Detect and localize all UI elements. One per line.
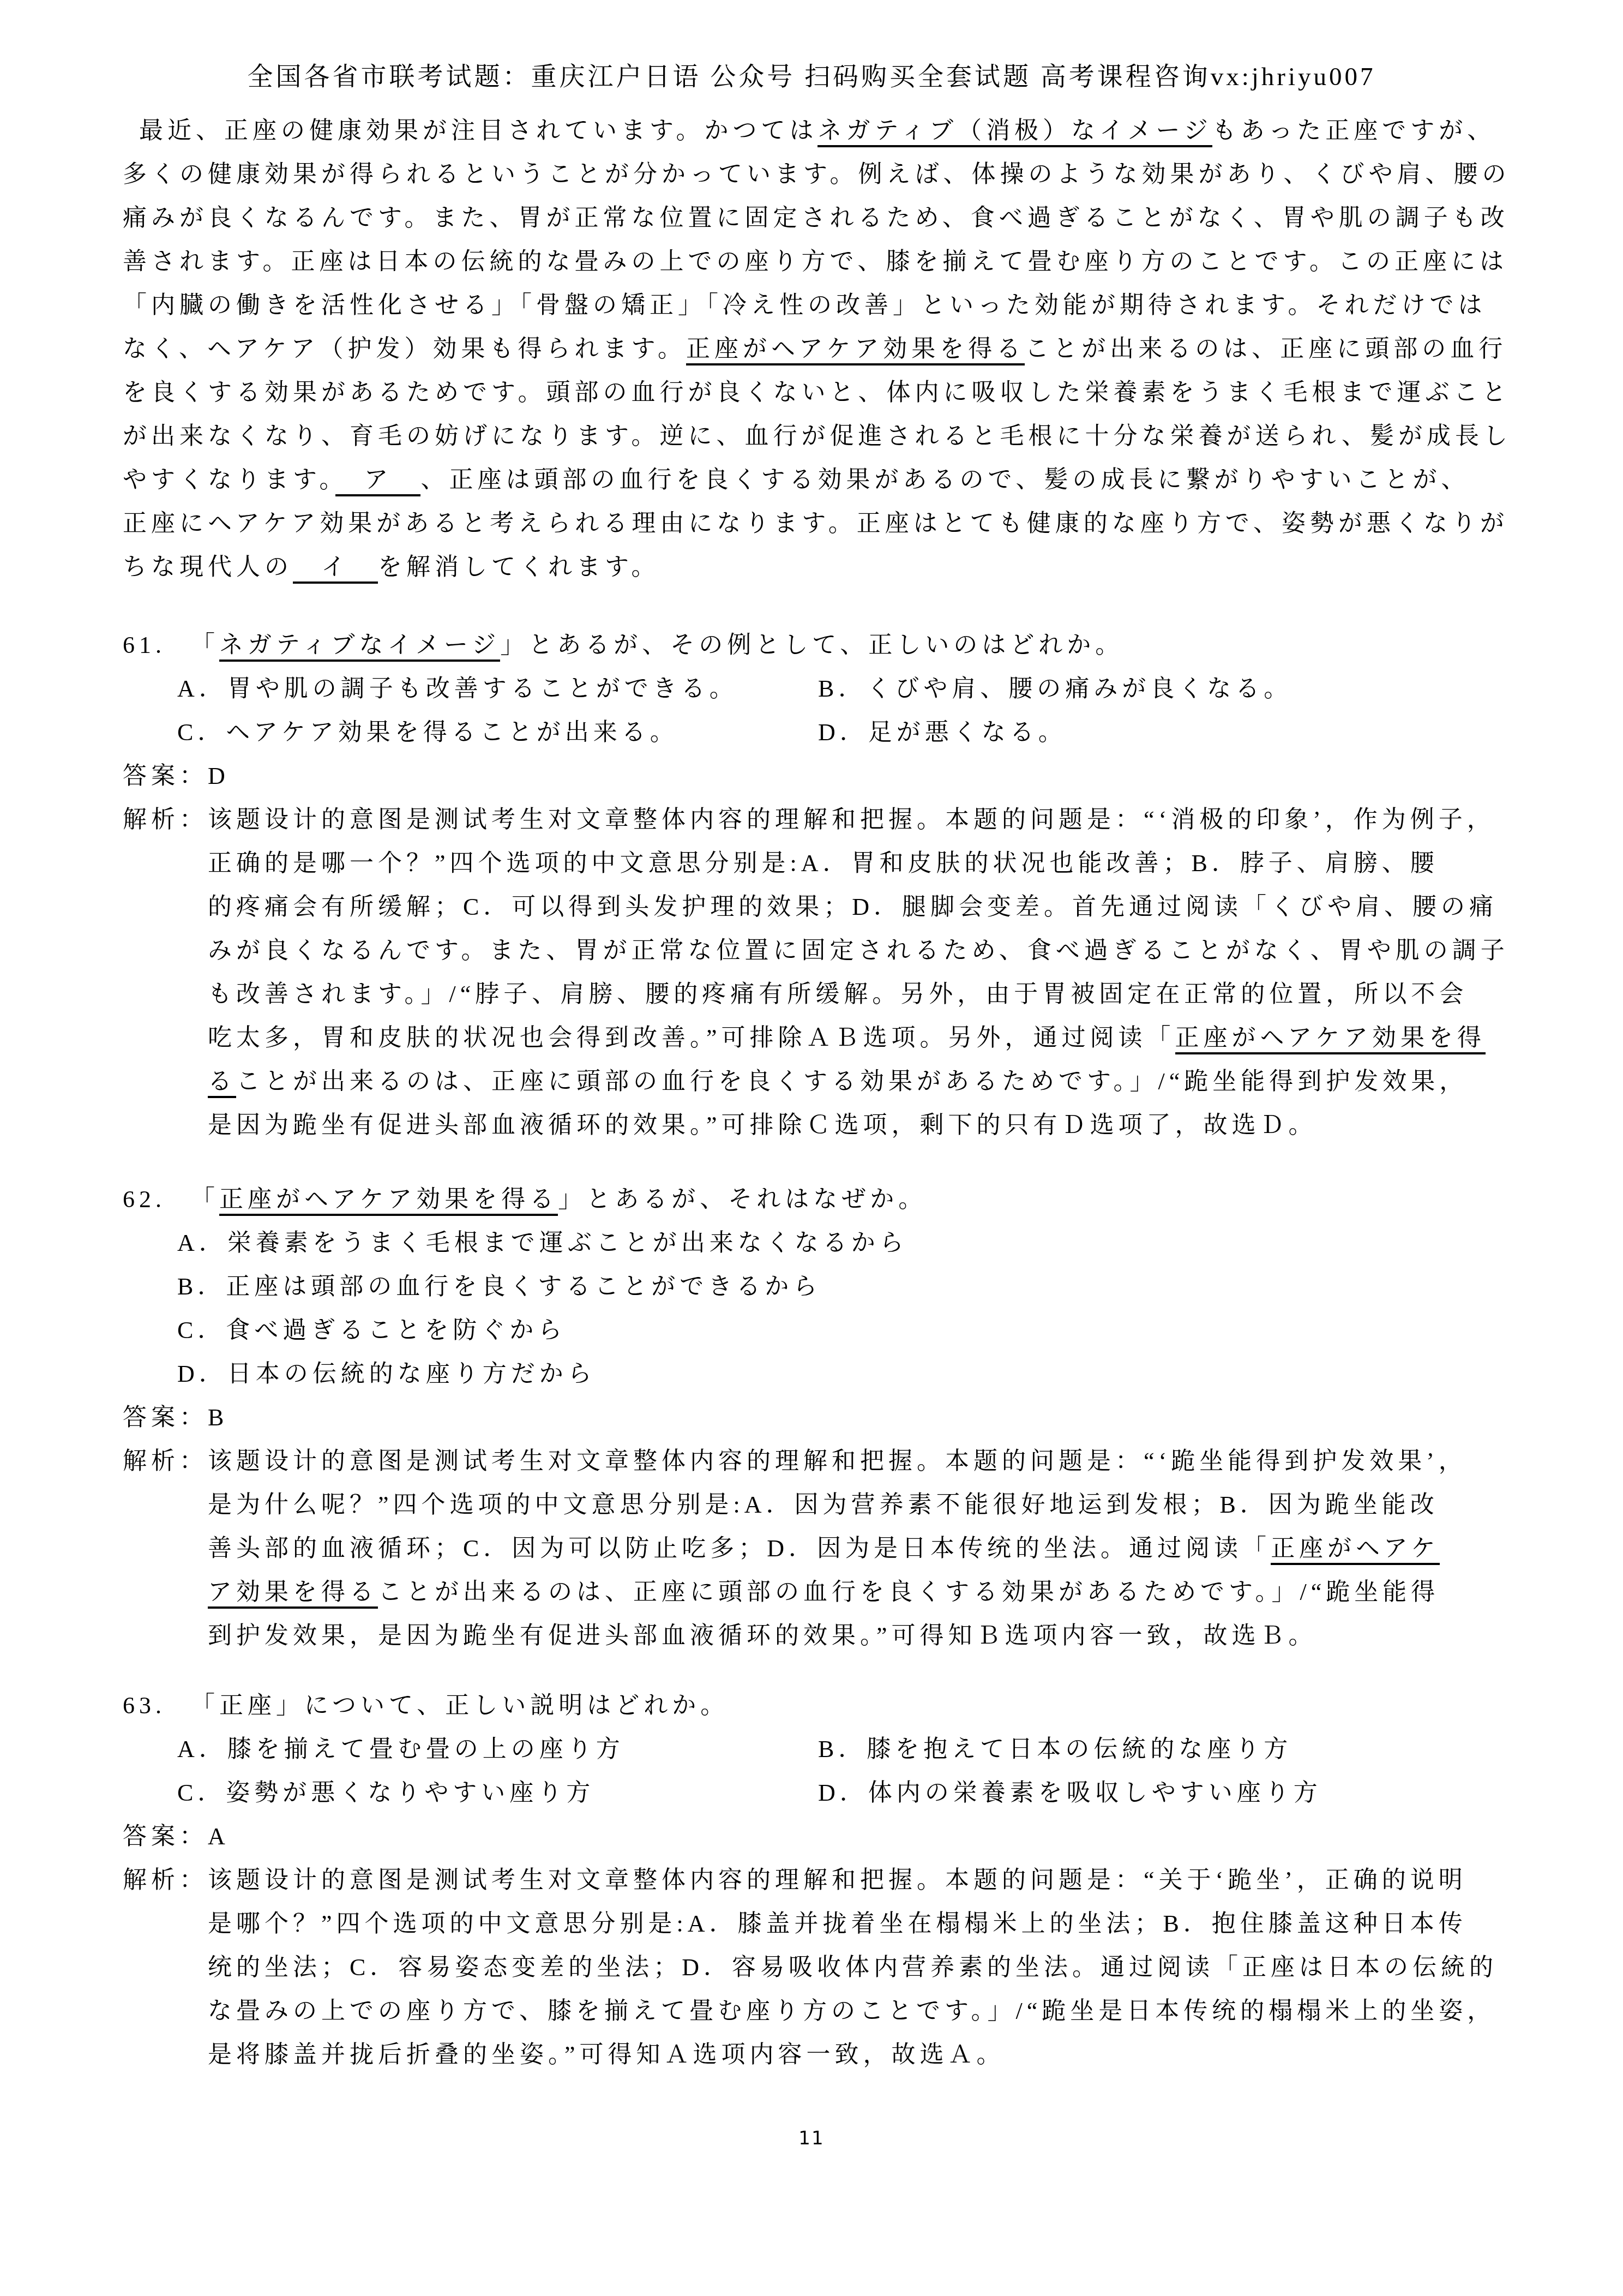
- text-segment: もあった正座ですが、: [1212, 117, 1496, 144]
- option-b: B．くびや肩、腰の痛みが良くなる。: [818, 667, 1292, 711]
- option-c: C．食べ過ぎることを防ぐから: [123, 1309, 1590, 1352]
- analysis-line: 善头部的血液循环；C．因为可以防止吃多；D．因为是日本传统的坐法。通过阅读「正座…: [208, 1527, 1590, 1570]
- analysis-line: 解析：该题设计的意图是测试考生对文章整体内容的理解和把握。本题的问题是：“关于‘…: [123, 1859, 1590, 1902]
- option-a: A．栄養素をうまく毛根まで運ぶことが出来なくなるから: [123, 1221, 1590, 1265]
- passage-line: ちな現代人の イ を解消してくれます。: [123, 545, 1590, 589]
- text-segment: を良くする効果があるためです。頭部の血行が良くないと、体内に吸収した栄養素をうま…: [123, 379, 1510, 406]
- analysis-line: みが良くなるんです。また、胃が正常な位置に固定されるため、食べ過ぎることがなく、…: [208, 929, 1590, 973]
- text-segment: 正座にヘアケア効果があると考えられる理由になります。正座はとても健康的な座り方で…: [123, 510, 1508, 537]
- analysis-line: 正确的是哪一个？”四个选项的中文意思分别是:A．胃和皮肤的状况也能改善；B．脖子…: [208, 842, 1590, 885]
- text-segment: C．ヘアケア効果を得ることが出来る。: [177, 719, 678, 746]
- option-b: B．膝を抱えて日本の伝統的な座り方: [818, 1728, 1292, 1771]
- underlined-text: イ: [293, 554, 378, 584]
- text-segment: も改善されます。」/“脖子、肩膀、腰的疼痛有所缓解。另外，由于胃被固定在正常的位…: [208, 981, 1468, 1008]
- question-title-row: 63.「正座」について、正しい説明はどれか。: [123, 1684, 1590, 1728]
- underlined-text: ネガティブなイメージ: [219, 632, 500, 662]
- text-segment: 善头部的血液循环；C．因为可以防止吃多；D．因为是日本传统的坐法。通过阅读「: [208, 1535, 1271, 1562]
- answer-value: B: [208, 1404, 228, 1431]
- option-c: C．姿勢が悪くなりやすい座り方: [177, 1779, 594, 1806]
- text-segment: 解析：该题设计的意图是测试考生对文章整体内容的理解和把握。本题的问题是：“‘消极…: [123, 806, 1495, 833]
- text-segment: が出来なくなり、育毛の妨げになります。逆に、血行が促進されると毛根に十分な栄養が…: [123, 423, 1512, 449]
- analysis-line: 吃太多，胃和皮肤的状况也会得到改善。”可排除ＡＢ选项。另外，通过阅读「正座がヘア…: [208, 1016, 1590, 1060]
- text-segment: 」とあるが、それはなぜか。: [558, 1186, 927, 1213]
- text-segment: 是因为跪坐有促进头部血液循环的效果。”可排除Ｃ选项，剩下的只有Ｄ选项了，故选Ｄ。: [208, 1112, 1317, 1138]
- text-segment: 痛みが良くなるんです。また、胃が正常な位置に固定されるため、食べ過ぎることがなく…: [123, 205, 1509, 231]
- text-segment: 「内臓の働きを活性化させる」「骨盤の矯正」「冷え性の改善」といった効能が期待され…: [123, 292, 1486, 319]
- reading-passage: 最近、正座の健康効果が注目されています。かつてはネガティブ（消极）なイメージもあ…: [123, 109, 1590, 589]
- analysis-line: 到护发效果，是因为跪坐有促进头部血液循环的效果。”可得知Ｂ选项内容一致，故选Ｂ。: [208, 1614, 1590, 1658]
- passage-line: 「内臓の働きを活性化させる」「骨盤の矯正」「冷え性の改善」といった効能が期待され…: [123, 284, 1590, 327]
- passage-line: 正座にヘアケア効果があると考えられる理由になります。正座はとても健康的な座り方で…: [123, 502, 1590, 545]
- question-title-row: 61.「ネガティブなイメージ」とあるが、その例として、正しいのはどれか。: [123, 624, 1590, 667]
- answer-row: 答案：A: [123, 1815, 1590, 1859]
- analysis-line: 是将膝盖并拢后折叠的坐姿。”可得知Ａ选项内容一致，故选Ａ。: [208, 2033, 1590, 2077]
- answer-label: 答案：: [123, 763, 208, 789]
- text-segment: 统的坐法；C．容易姿态变差的坐法；D．容易吸收体内营养素的坐法。通过阅读「正座は…: [208, 1954, 1498, 1981]
- analysis-line: 的疼痛会有所缓解；C．可以得到头发护理的效果；D．腿脚会变差。首先通过阅读「くび…: [208, 885, 1590, 929]
- underlined-text: 正座がヘアケア効果を得る: [219, 1186, 558, 1216]
- text-segment: B．膝を抱えて日本の伝統的な座り方: [818, 1736, 1292, 1763]
- option-row: A．胃や肌の調子も改善することができる。 B．くびや肩、腰の痛みが良くなる。: [123, 667, 1590, 711]
- answer-label: 答案：: [123, 1823, 208, 1850]
- text-segment: 的疼痛会有所缓解；C．可以得到头发护理的效果；D．腿脚会变差。首先通过阅读「くび…: [208, 894, 1498, 920]
- page-number: 11: [0, 2117, 1623, 2160]
- text-segment: な畳みの上での座り方で、膝を揃えて畳む座り方のことです。」/“跪坐是日本传统的榻…: [208, 1998, 1495, 2024]
- text-segment: 、正座は頭部の血行を良くする効果があるので、髪の成長に繋がりやすいことが、: [420, 466, 1469, 493]
- passage-line: を良くする効果があるためです。頭部の血行が良くないと、体内に吸収した栄養素をうま…: [123, 371, 1590, 415]
- text-segment: 正确的是哪一个？”四个选项的中文意思分别是:A．胃和皮肤的状况也能改善；B．脖子…: [208, 850, 1439, 877]
- text-segment: C．食べ過ぎることを防ぐから: [177, 1317, 566, 1344]
- option-d: D．足が悪くなる。: [818, 711, 1067, 754]
- question-63: 63.「正座」について、正しい説明はどれか。 A．膝を揃えて畳む畳の上の座り方 …: [123, 1684, 1590, 2077]
- text-segment: なく、ヘアケア（护发）効果も得られます。: [123, 335, 686, 362]
- question-number: 61.: [123, 632, 166, 658]
- text-segment: 「正座」について、正しい説明はどれか。: [191, 1692, 729, 1719]
- option-a: A．膝を揃えて畳む畳の上の座り方: [177, 1736, 624, 1763]
- text-segment: C．姿勢が悪くなりやすい座り方: [177, 1779, 594, 1806]
- analysis-line: ア効果を得ることが出来るのは、正座に頭部の血行を良くする効果があるためです。」/…: [208, 1570, 1590, 1614]
- text-segment: ちな現代人の: [123, 554, 293, 580]
- analysis-line: な畳みの上での座り方で、膝を揃えて畳む座り方のことです。」/“跪坐是日本传统的榻…: [208, 1989, 1590, 2033]
- text-segment: A．膝を揃えて畳む畳の上の座り方: [177, 1736, 624, 1763]
- option-row: A．膝を揃えて畳む畳の上の座り方 B．膝を抱えて日本の伝統的な座り方: [123, 1728, 1590, 1771]
- text-segment: B．くびや肩、腰の痛みが良くなる。: [818, 675, 1292, 702]
- text-segment: D．体内の栄養素を吸収しやすい座り方: [818, 1779, 1322, 1806]
- underlined-text: る: [208, 1068, 236, 1098]
- question-title: 「正座」について、正しい説明はどれか。: [191, 1692, 729, 1719]
- text-segment: B．正座は頭部の血行を良くすることができるから: [177, 1273, 821, 1300]
- passage-line: なく、ヘアケア（护发）効果も得られます。正座がヘアケア効果を得ることが出来るのは…: [123, 327, 1590, 371]
- underlined-text: 正座がヘアケ: [1271, 1535, 1439, 1565]
- option-row: C．ヘアケア効果を得ることが出来る。 D．足が悪くなる。: [123, 711, 1590, 754]
- passage-line: 善されます。正座は日本の伝統的な畳みの上での座り方で、膝を揃えて畳む座り方のこと…: [123, 240, 1590, 284]
- analysis-line: ることが出来るのは、正座に頭部の血行を良くする効果があるためです。」/“跪坐能得…: [208, 1060, 1590, 1104]
- text-segment: みが良くなるんです。また、胃が正常な位置に固定されるため、食べ過ぎることがなく、…: [208, 937, 1509, 964]
- text-segment: ことが出来るのは、正座に頭部の血行を良くする効果があるためです。」/“跪坐能得到…: [236, 1068, 1468, 1095]
- passage-line: 多くの健康効果が得られるということが分かっています。例えば、体操のような効果があ…: [123, 153, 1590, 196]
- question-title: 「ネガティブなイメージ」とあるが、その例として、正しいのはどれか。: [191, 632, 1123, 662]
- underlined-text: ア: [335, 466, 420, 496]
- option-c: C．ヘアケア効果を得ることが出来る。: [177, 719, 678, 746]
- text-segment: 「: [191, 632, 219, 658]
- underlined-text: 正座がヘアケア効果を得る: [686, 335, 1025, 365]
- passage-line: が出来なくなり、育毛の妨げになります。逆に、血行が促進されると毛根に十分な栄養が…: [123, 415, 1590, 458]
- text-segment: 是为什么呢？”四个选项的中文意思分别是:A．因为营养素不能很好地运到发根；B．因…: [208, 1491, 1439, 1518]
- passage-line: 痛みが良くなるんです。また、胃が正常な位置に固定されるため、食べ過ぎることがなく…: [123, 196, 1590, 240]
- exam-page: 全国各省市联考试题：重庆江户日语 公众号 扫码购买全套试题 高考课程咨询vx:j…: [0, 0, 1623, 2296]
- answer-value: A: [208, 1823, 230, 1850]
- text-segment: 到护发效果，是因为跪坐有促进头部血液循环的效果。”可得知Ｂ选项内容一致，故选Ｂ。: [208, 1622, 1317, 1649]
- option-a: A．胃や肌の調子も改善することができる。: [177, 675, 738, 702]
- text-segment: A．栄養素をうまく毛根まで運ぶことが出来なくなるから: [177, 1230, 908, 1256]
- answer-row: 答案：B: [123, 1396, 1590, 1440]
- analysis-line: も改善されます。」/“脖子、肩膀、腰的疼痛有所缓解。另外，由于胃被固定在正常的位…: [208, 973, 1590, 1016]
- text-segment: やすくなります。: [123, 466, 335, 493]
- question-62: 62.「正座がヘアケア効果を得る」とあるが、それはなぜか。 A．栄養素をうまく毛…: [123, 1178, 1590, 1658]
- answer-label: 答案：: [123, 1404, 208, 1431]
- question-title: 「正座がヘアケア効果を得る」とあるが、それはなぜか。: [191, 1186, 927, 1216]
- answer-row: 答案：D: [123, 754, 1590, 798]
- analysis-line: 是为什么呢？”四个选项的中文意思分别是:A．因为营养素不能很好地运到发根；B．因…: [208, 1483, 1590, 1527]
- text-segment: A．胃や肌の調子も改善することができる。: [177, 675, 738, 702]
- underlined-text: 正座がヘアケア効果を得: [1175, 1024, 1486, 1054]
- question-61: 61.「ネガティブなイメージ」とあるが、その例として、正しいのはどれか。 A．胃…: [123, 624, 1590, 1147]
- underlined-text: ネガティブ（消极）なイメージ: [817, 117, 1212, 147]
- analysis-line: 统的坐法；C．容易姿态变差的坐法；D．容易吸收体内营养素的坐法。通过阅读「正座は…: [208, 1946, 1590, 1989]
- option-d: D．体内の栄養素を吸収しやすい座り方: [818, 1771, 1322, 1815]
- analysis-line: 是哪个？”四个选项的中文意思分别是:A．膝盖并拢着坐在榻榻米上的坐法；B．抱住膝…: [208, 1902, 1590, 1946]
- text-segment: 是将膝盖并拢后折叠的坐姿。”可得知Ａ选项内容一致，故选Ａ。: [208, 2041, 1005, 2068]
- analysis-line: 是因为跪坐有促进头部血液循环的效果。”可排除Ｃ选项，剩下的只有Ｄ选项了，故选Ｄ。: [208, 1104, 1590, 1147]
- question-number: 63.: [123, 1692, 166, 1719]
- analysis-line: 解析：该题设计的意图是测试考生对文章整体内容的理解和把握。本题的问题是：“‘跪坐…: [123, 1440, 1590, 1483]
- text-segment: 「: [191, 1186, 219, 1213]
- page-header: 全国各省市联考试题：重庆江户日语 公众号 扫码购买全套试题 高考课程咨询vx:j…: [0, 56, 1623, 93]
- text-segment: 多くの健康効果が得られるということが分かっています。例えば、体操のような効果があ…: [123, 161, 1510, 188]
- text-segment: ことが出来るのは、正座に頭部の血行を良くする効果があるためです。」/“跪坐能得: [378, 1579, 1439, 1605]
- question-title-row: 62.「正座がヘアケア効果を得る」とあるが、それはなぜか。: [123, 1178, 1590, 1221]
- analysis-line: 解析：该题设计的意图是测试考生对文章整体内容的理解和把握。本题的问题是：“‘消极…: [123, 798, 1590, 842]
- text-segment: ことが出来るのは、正座に頭部の血行: [1025, 335, 1507, 362]
- text-segment: を解消してくれます。: [378, 554, 659, 580]
- underlined-text: ア効果を得る: [208, 1579, 378, 1609]
- option-d: D．日本の伝統的な座り方だから: [123, 1352, 1590, 1396]
- answer-value: D: [208, 763, 230, 789]
- text-segment: 是哪个？”四个选项的中文意思分别是:A．膝盖并拢着坐在榻榻米上的坐法；B．抱住膝…: [208, 1910, 1467, 1937]
- option-row: C．姿勢が悪くなりやすい座り方 D．体内の栄養素を吸収しやすい座り方: [123, 1771, 1590, 1815]
- text-segment: D．日本の伝統的な座り方だから: [177, 1360, 596, 1387]
- passage-line: やすくなります。 ア 、正座は頭部の血行を良くする効果があるので、髪の成長に繋が…: [123, 458, 1590, 502]
- text-segment: 最近、正座の健康効果が注目されています。かつては: [139, 117, 817, 144]
- text-segment: 解析：该题设计的意图是测试考生对文章整体内容的理解和把握。本题的问题是：“关于‘…: [123, 1867, 1467, 1893]
- text-segment: 解析：该题设计的意图是测试考生对文章整体内容的理解和把握。本题的问题是：“‘跪坐…: [123, 1448, 1467, 1474]
- text-segment: 吃太多，胃和皮肤的状况也会得到改善。”可排除ＡＢ选项。另外，通过阅读「: [208, 1024, 1175, 1051]
- text-segment: D．足が悪くなる。: [818, 719, 1067, 746]
- text-segment: 」とあるが、その例として、正しいのはどれか。: [500, 632, 1123, 658]
- option-b: B．正座は頭部の血行を良くすることができるから: [123, 1265, 1590, 1309]
- text-segment: 善されます。正座は日本の伝統的な畳みの上での座り方で、膝を揃えて畳む座り方のこと…: [123, 248, 1508, 275]
- question-number: 62.: [123, 1186, 166, 1213]
- passage-line: 最近、正座の健康効果が注目されています。かつてはネガティブ（消极）なイメージもあ…: [123, 109, 1590, 153]
